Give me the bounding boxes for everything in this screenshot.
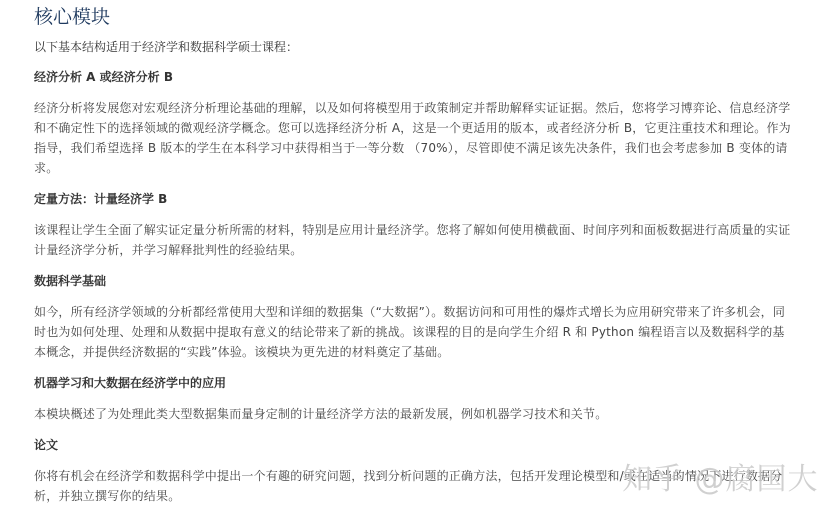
section-economic-analysis: 经济分析 A 或经济分析 B 经济分析将发展您对宏观经济分析理论基础的理解，以及… <box>34 68 794 178</box>
section-quantitative-methods: 定量方法：计量经济学 B 该课程让学生全面了解实证定量分析所需的材料，特别是应用… <box>34 190 794 260</box>
intro-text: 以下基本结构适用于经济学和数据科学硕士课程： <box>34 38 794 56</box>
section-body: 该课程让学生全面了解实证定量分析所需的材料，特别是应用计量经济学。您将了解如何使… <box>34 220 794 260</box>
watermark: 知乎 @腐国大叔 <box>622 454 819 498</box>
section-heading: 经济分析 A 或经济分析 B <box>34 68 794 86</box>
section-heading: 定量方法：计量经济学 B <box>34 190 794 208</box>
section-body: 经济分析将发展您对宏观经济分析理论基础的理解，以及如何将模型用于政策制定并帮助解… <box>34 98 794 178</box>
section-machine-learning: 机器学习和大数据在经济学中的应用 本模块概述了为处理此类大型数据集而量身定制的计… <box>34 374 794 424</box>
section-data-science-foundations: 数据科学基础 如今，所有经济学领域的分析都经常使用大型和详细的数据集（“大数据”… <box>34 272 794 362</box>
document-content: 核心模块 以下基本结构适用于经济学和数据科学硕士课程： 经济分析 A 或经济分析… <box>34 0 794 505</box>
section-heading: 机器学习和大数据在经济学中的应用 <box>34 374 794 392</box>
section-heading: 数据科学基础 <box>34 272 794 290</box>
page-title: 核心模块 <box>34 3 794 31</box>
section-body: 本模块概述了为处理此类大型数据集而量身定制的计量经济学方法的最新发展，例如机器学… <box>34 404 794 424</box>
section-body: 如今，所有经济学领域的分析都经常使用大型和详细的数据集（“大数据”）。数据访问和… <box>34 302 794 362</box>
section-heading: 论文 <box>34 436 794 454</box>
